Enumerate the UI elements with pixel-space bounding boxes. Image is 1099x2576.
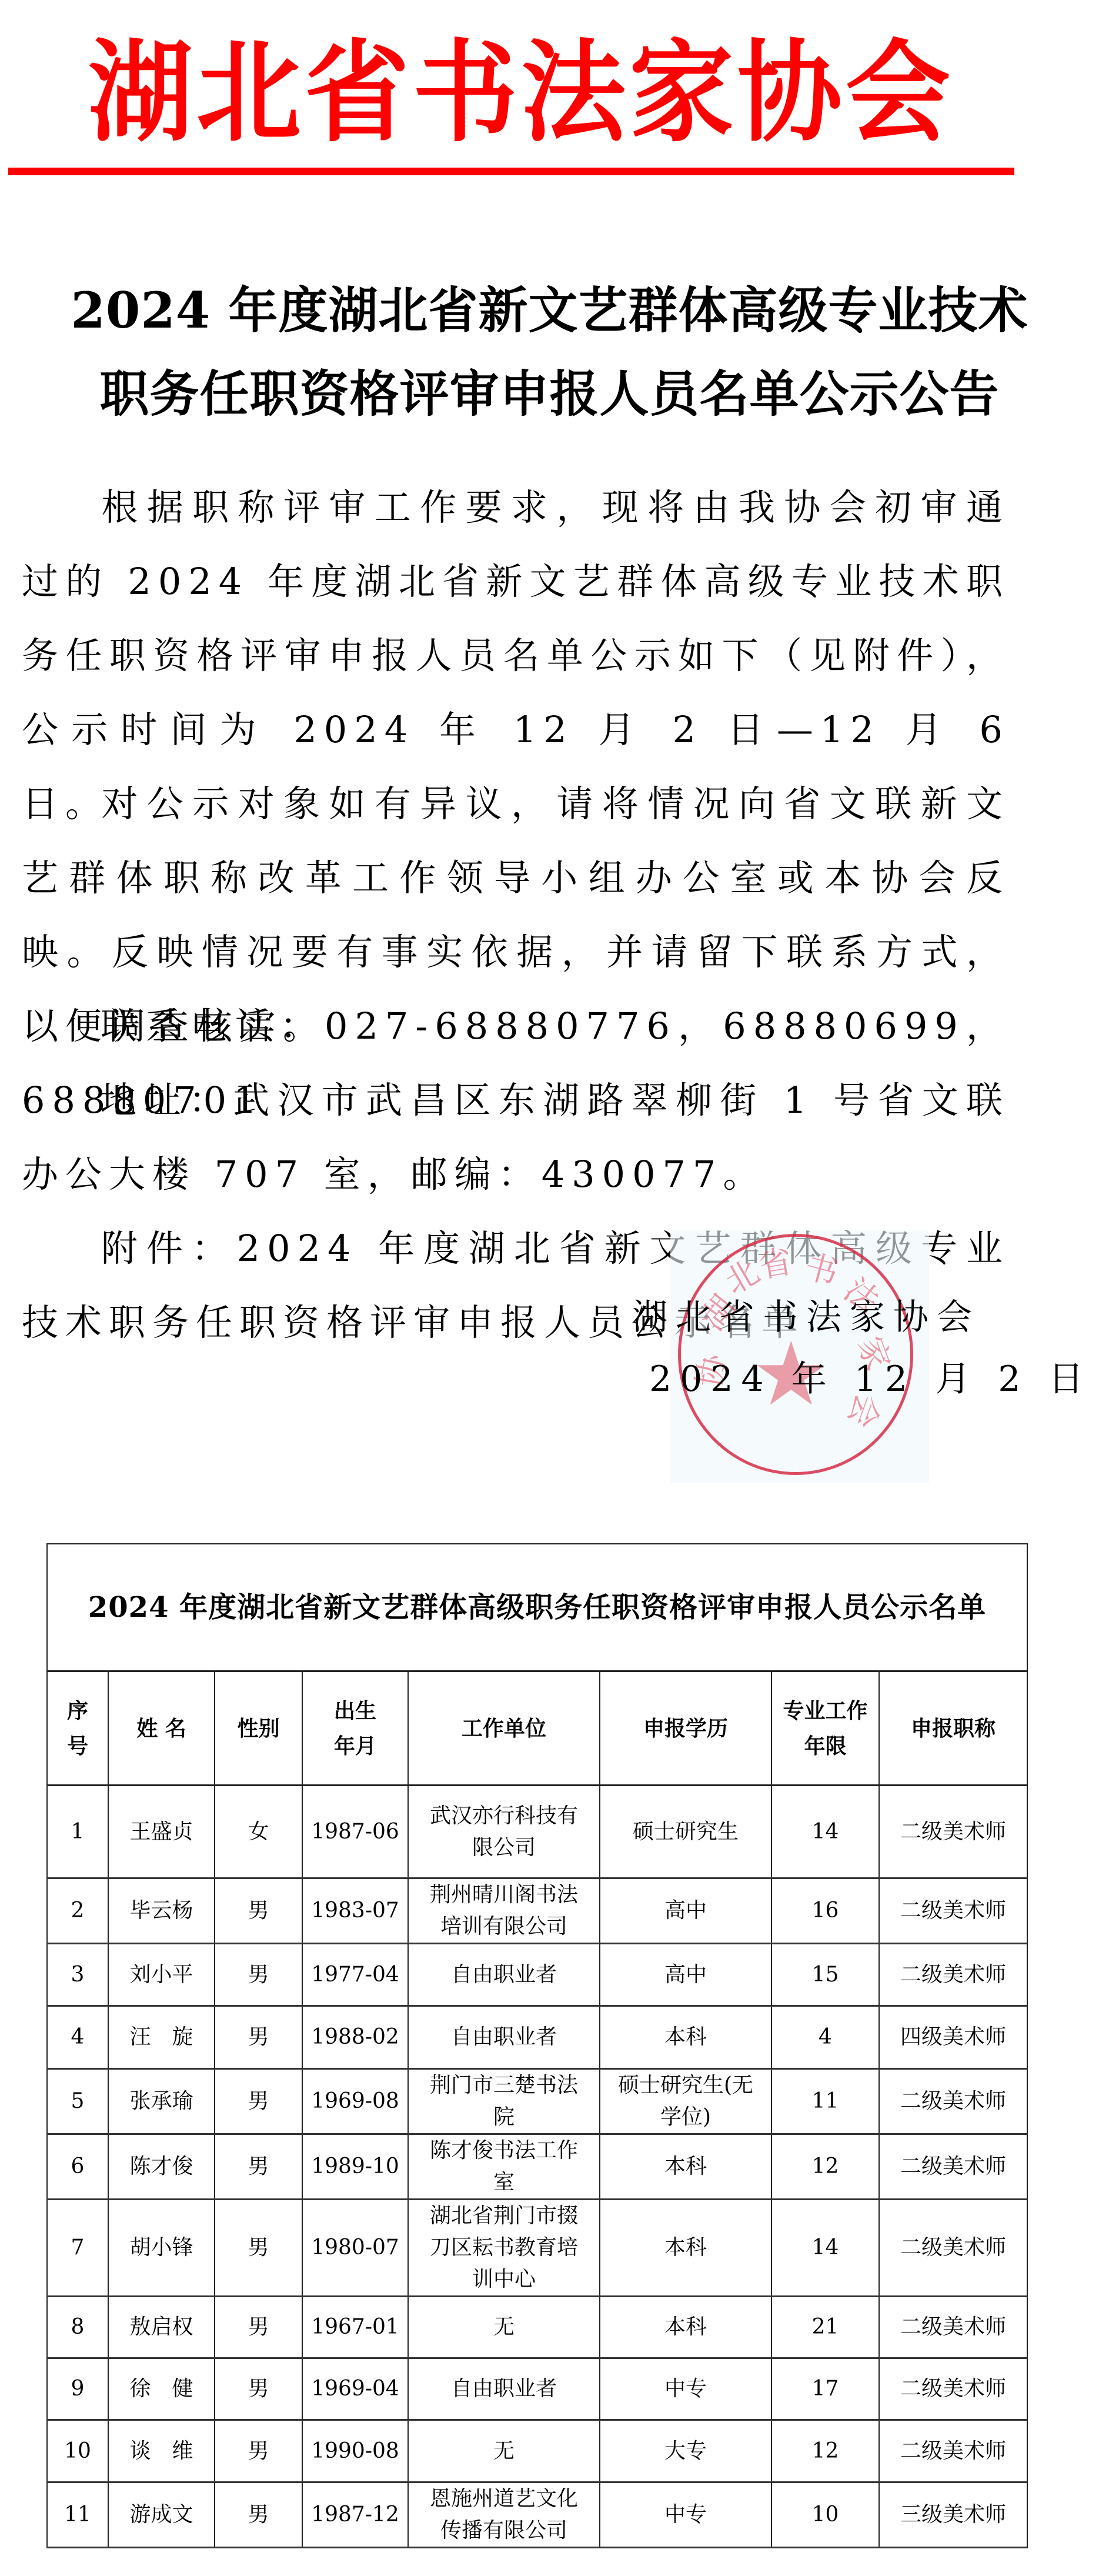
cell-birth: 1990-08	[302, 2420, 408, 2482]
cell-gender: 男	[215, 2200, 302, 2297]
cell-years: 11	[771, 2069, 879, 2134]
cell-no: 3	[47, 1944, 108, 2006]
cell-years: 12	[771, 2420, 879, 2482]
table-row: 2毕云杨男1983-07荆州晴川阁书法培训有限公司高中16二级美术师	[47, 1878, 1027, 1944]
cell-no: 2	[47, 1878, 108, 1944]
table-row: 4汪 旋男1988-02自由职业者本科4四级美术师	[47, 2006, 1027, 2069]
cell-birth: 1977-04	[302, 1944, 408, 2006]
cell-title: 二级美术师	[879, 2358, 1027, 2420]
cell-title: 二级美术师	[879, 2200, 1027, 2297]
cell-name: 刘小平	[108, 1944, 215, 2006]
cell-education: 本科	[600, 2006, 771, 2069]
cell-gender: 男	[215, 2134, 302, 2200]
cell-gender: 男	[215, 2420, 302, 2482]
cell-title: 二级美术师	[879, 1878, 1027, 1944]
cell-no: 9	[47, 2358, 108, 2420]
cell-name: 张承瑜	[108, 2069, 215, 2134]
cell-gender: 男	[215, 2482, 302, 2548]
cell-employer: 荆门市三楚书法院	[408, 2069, 600, 2134]
cell-education: 本科	[600, 2200, 771, 2297]
cell-employer: 荆州晴川阁书法培训有限公司	[408, 1878, 600, 1944]
cell-education: 硕士研究生(无学位)	[600, 2069, 771, 2134]
roster-caption: 2024 年度湖北省新文艺群体高级职务任职资格评审申报人员公示名单	[47, 1544, 1027, 1671]
column-header-no: 序号	[47, 1671, 108, 1786]
cell-gender: 男	[215, 2358, 302, 2420]
cell-years: 16	[771, 1878, 879, 1944]
cell-employer: 无	[408, 2420, 600, 2482]
cell-employer: 自由职业者	[408, 2006, 600, 2069]
signature-date: 2024 年 12 月 2 日	[649, 1359, 1092, 1400]
table-row: 8敖启权男1967-01无本科21二级美术师	[47, 2297, 1027, 2358]
cell-employer: 武汉亦行科技有限公司	[408, 1786, 600, 1878]
cell-education: 大专	[600, 2420, 771, 2482]
table-row: 9徐 健男1969-04自由职业者中专17二级美术师	[47, 2358, 1027, 2420]
cell-no: 11	[47, 2482, 108, 2548]
roster-table: 2024 年度湖北省新文艺群体高级职务任职资格评审申报人员公示名单 序号 姓 名…	[46, 1543, 1028, 2548]
cell-name: 敖启权	[108, 2297, 215, 2358]
column-header-title: 申报职称	[879, 1671, 1027, 1786]
cell-education: 本科	[600, 2134, 771, 2200]
cell-title: 二级美术师	[879, 2069, 1027, 2134]
cell-title: 二级美术师	[879, 2297, 1027, 2358]
table-row: 5张承瑜男1969-08荆门市三楚书法院硕士研究生(无学位)11二级美术师	[47, 2069, 1027, 2134]
cell-name: 汪 旋	[108, 2006, 215, 2069]
cell-years: 14	[771, 2200, 879, 2297]
cell-employer: 恩施州道艺文化传播有限公司	[408, 2482, 600, 2548]
cell-no: 1	[47, 1786, 108, 1878]
cell-employer: 湖北省荆门市掇刀区耘书教育培训中心	[408, 2200, 600, 2297]
cell-no: 7	[47, 2200, 108, 2297]
table-row: 6陈才俊男1989-10陈才俊书法工作室本科12二级美术师	[47, 2134, 1027, 2200]
cell-years: 10	[771, 2482, 879, 2548]
roster-header-row: 序号 姓 名 性别 出生年月 工作单位 申报学历 专业工作年限 申报职称	[47, 1671, 1027, 1786]
cell-title: 二级美术师	[879, 1786, 1027, 1878]
table-row: 11游成文男1987-12恩施州道艺文化传播有限公司中专10三级美术师	[47, 2482, 1027, 2548]
cell-title: 二级美术师	[879, 1944, 1027, 2006]
cell-name: 胡小锋	[108, 2200, 215, 2297]
cell-name: 徐 健	[108, 2358, 215, 2420]
cell-birth: 1987-06	[302, 1786, 408, 1878]
cell-birth: 1989-10	[302, 2134, 408, 2200]
cell-years: 15	[771, 1944, 879, 2006]
cell-name: 王盛贞	[108, 1786, 215, 1878]
cell-name: 谈 维	[108, 2420, 215, 2482]
cell-no: 10	[47, 2420, 108, 2482]
table-row: 3刘小平男1977-04自由职业者高中15二级美术师	[47, 1944, 1027, 2006]
cell-gender: 男	[215, 2297, 302, 2358]
cell-name: 毕云杨	[108, 1878, 215, 1944]
cell-employer: 自由职业者	[408, 1944, 600, 2006]
cell-employer: 自由职业者	[408, 2358, 600, 2420]
notice-title-line2: 职务任职资格评审申报人员名单公示公告	[0, 365, 1099, 423]
cell-title: 三级美术师	[879, 2482, 1027, 2548]
cell-birth: 1983-07	[302, 1878, 408, 1944]
cell-education: 高中	[600, 1878, 771, 1944]
cell-years: 12	[771, 2134, 879, 2200]
column-header-years: 专业工作年限	[771, 1671, 879, 1786]
letterhead-organization: 湖北省书法家协会	[0, 28, 1099, 158]
signature-organization: 湖北省书法家协会	[632, 1297, 980, 1338]
cell-birth: 1969-04	[302, 2358, 408, 2420]
column-header-employer: 工作单位	[408, 1671, 600, 1786]
cell-title: 二级美术师	[879, 2134, 1027, 2200]
cell-years: 17	[771, 2358, 879, 2420]
cell-gender: 女	[215, 1786, 302, 1878]
table-row: 10谈 维男1990-08无大专12二级美术师	[47, 2420, 1027, 2482]
column-header-gender: 性别	[215, 1671, 302, 1786]
cell-name: 游成文	[108, 2482, 215, 2548]
paragraph-address: 地址：武汉市武昌区东湖路翠柳街 1 号省文联办公大楼 707 室，邮编：4300…	[22, 1063, 1010, 1212]
cell-title: 二级美术师	[879, 2420, 1027, 2482]
table-row: 1王盛贞女1987-06武汉亦行科技有限公司硕士研究生14二级美术师	[47, 1786, 1027, 1878]
cell-title: 四级美术师	[879, 2006, 1027, 2069]
cell-birth: 1967-01	[302, 2297, 408, 2358]
cell-employer: 陈才俊书法工作室	[408, 2134, 600, 2200]
column-header-birth: 出生年月	[302, 1671, 408, 1786]
cell-gender: 男	[215, 1878, 302, 1944]
column-header-education: 申报学历	[600, 1671, 771, 1786]
cell-birth: 1988-02	[302, 2006, 408, 2069]
cell-gender: 男	[215, 2006, 302, 2069]
cell-education: 中专	[600, 2482, 771, 2548]
cell-years: 4	[771, 2006, 879, 2069]
cell-years: 14	[771, 1786, 879, 1878]
cell-education: 高中	[600, 1944, 771, 2006]
cell-no: 4	[47, 2006, 108, 2069]
cell-education: 本科	[600, 2297, 771, 2358]
notice-title-line1: 2024 年度湖北省新文艺群体高级专业技术	[0, 281, 1099, 340]
cell-gender: 男	[215, 1944, 302, 2006]
cell-birth: 1980-07	[302, 2200, 408, 2297]
cell-years: 21	[771, 2297, 879, 2358]
column-header-name: 姓 名	[108, 1671, 215, 1786]
cell-birth: 1987-12	[302, 2482, 408, 2548]
cell-name: 陈才俊	[108, 2134, 215, 2200]
cell-education: 硕士研究生	[600, 1786, 771, 1878]
cell-employer: 无	[408, 2297, 600, 2358]
cell-education: 中专	[600, 2358, 771, 2420]
table-row: 7胡小锋男1980-07湖北省荆门市掇刀区耘书教育培训中心本科14二级美术师	[47, 2200, 1027, 2297]
cell-no: 6	[47, 2134, 108, 2200]
cell-no: 5	[47, 2069, 108, 2134]
letterhead-red-rule	[8, 168, 1014, 175]
cell-birth: 1969-08	[302, 2069, 408, 2134]
cell-no: 8	[47, 2297, 108, 2358]
cell-gender: 男	[215, 2069, 302, 2134]
